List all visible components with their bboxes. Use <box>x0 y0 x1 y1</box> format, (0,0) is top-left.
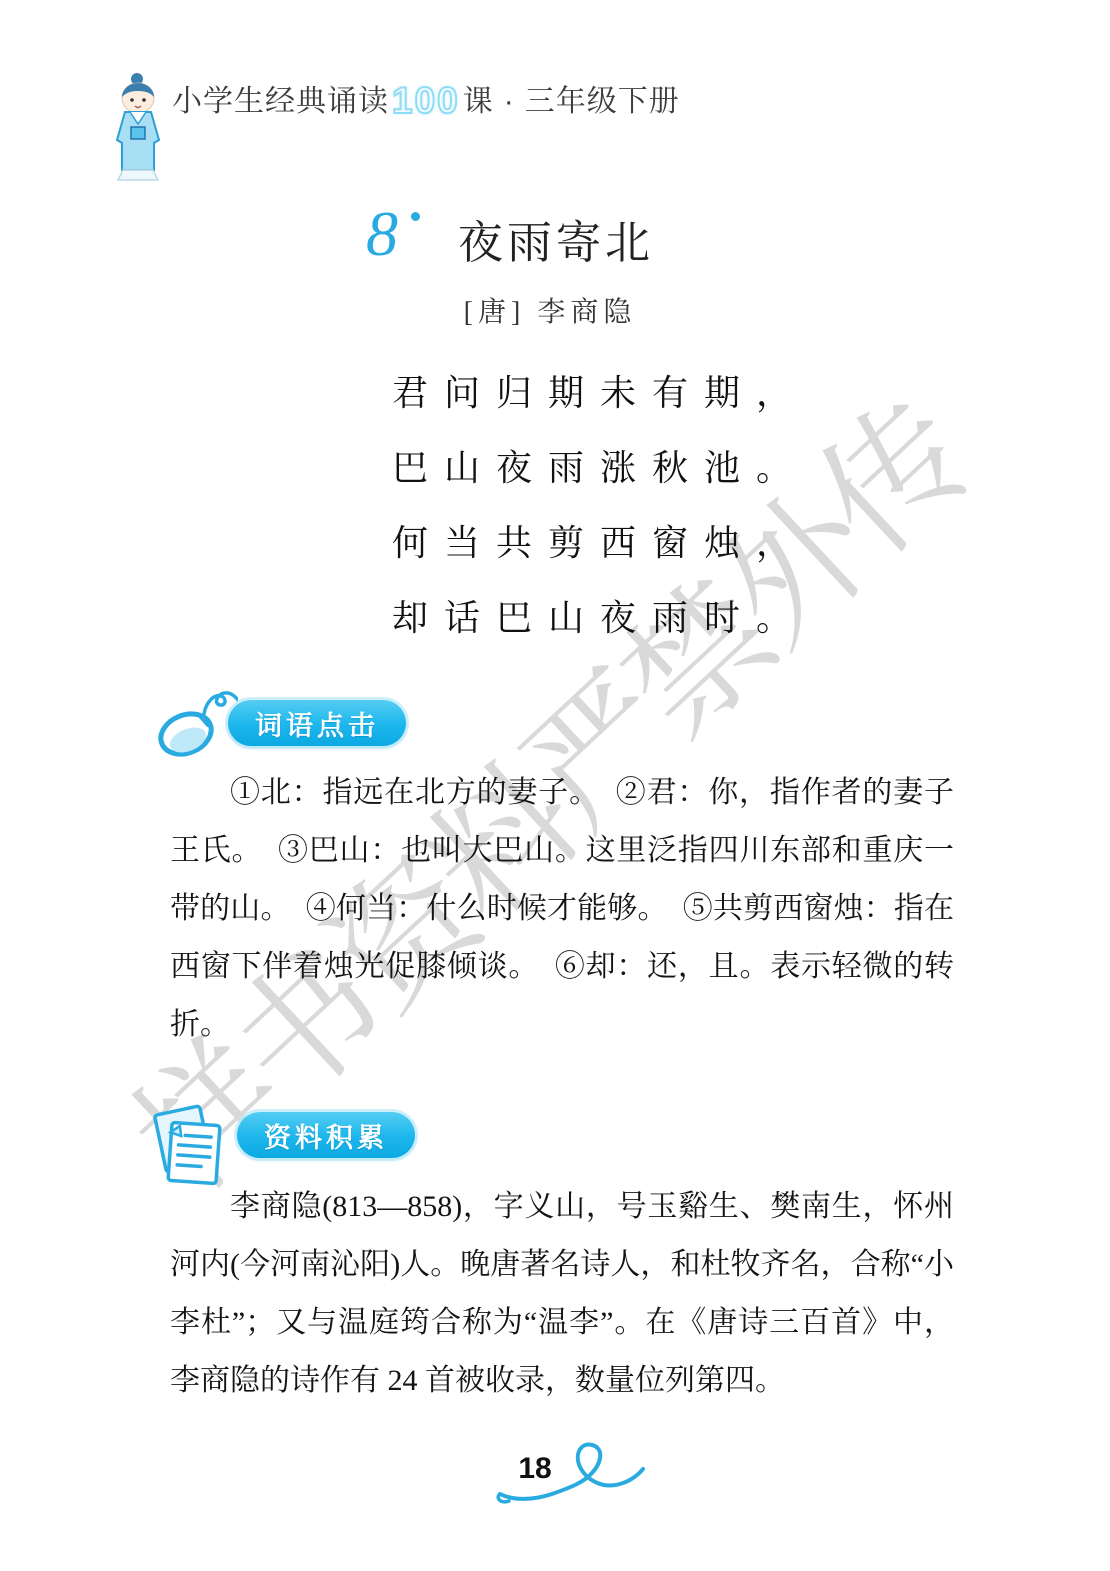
series-title-prefix: 小学生经典诵读 <box>172 85 389 118</box>
lesson-number-dot <box>411 212 420 221</box>
biography-text: 李商隐(813—858)，字义山，号玉谿生、樊南生，怀州河内(今河南沁阳)人。晚… <box>170 1178 954 1410</box>
page-number: 18 <box>505 1452 565 1486</box>
vocabulary-notes: ①北：指远在北方的妻子。 ②君：你，指作者的妻子王氏。 ③巴山：也叫大巴山。这里… <box>170 764 954 1054</box>
series-number: 100 <box>392 80 460 122</box>
poem-line: 君问归期未有期， <box>392 356 808 431</box>
series-title: 小学生经典诵读100课·三年级下册 <box>172 80 680 122</box>
mouse-icon <box>154 688 238 762</box>
lesson-number-glyph: 8 <box>366 198 398 269</box>
lesson-number: 8 <box>366 196 426 276</box>
poem-line: 巴山夜雨涨秋池。 <box>392 431 808 506</box>
section-badge-vocabulary: 词语点击 <box>228 700 406 746</box>
poem-line: 却话巴山夜雨时。 <box>392 581 808 656</box>
section-badge-materials: 资料积累 <box>237 1112 415 1158</box>
book-page: 样书资料严禁外传 小学生经典诵读100课·三年级下册 8 夜雨寄北 [唐] 李商… <box>0 0 1110 1571</box>
poem-line: 何当共剪西窗烛， <box>392 506 808 581</box>
poem-author: [唐] 李商隐 <box>380 290 720 330</box>
poem: 君问归期未有期， 巴山夜雨涨秋池。 何当共剪西窗烛， 却话巴山夜雨时。 <box>392 356 808 656</box>
series-separator: · <box>504 81 515 123</box>
series-volume: 三年级下册 <box>525 85 680 118</box>
lesson-title: 夜雨寄北 <box>458 206 654 271</box>
scholar-boy-icon <box>111 70 167 182</box>
series-title-suffix: 课 <box>463 85 494 118</box>
